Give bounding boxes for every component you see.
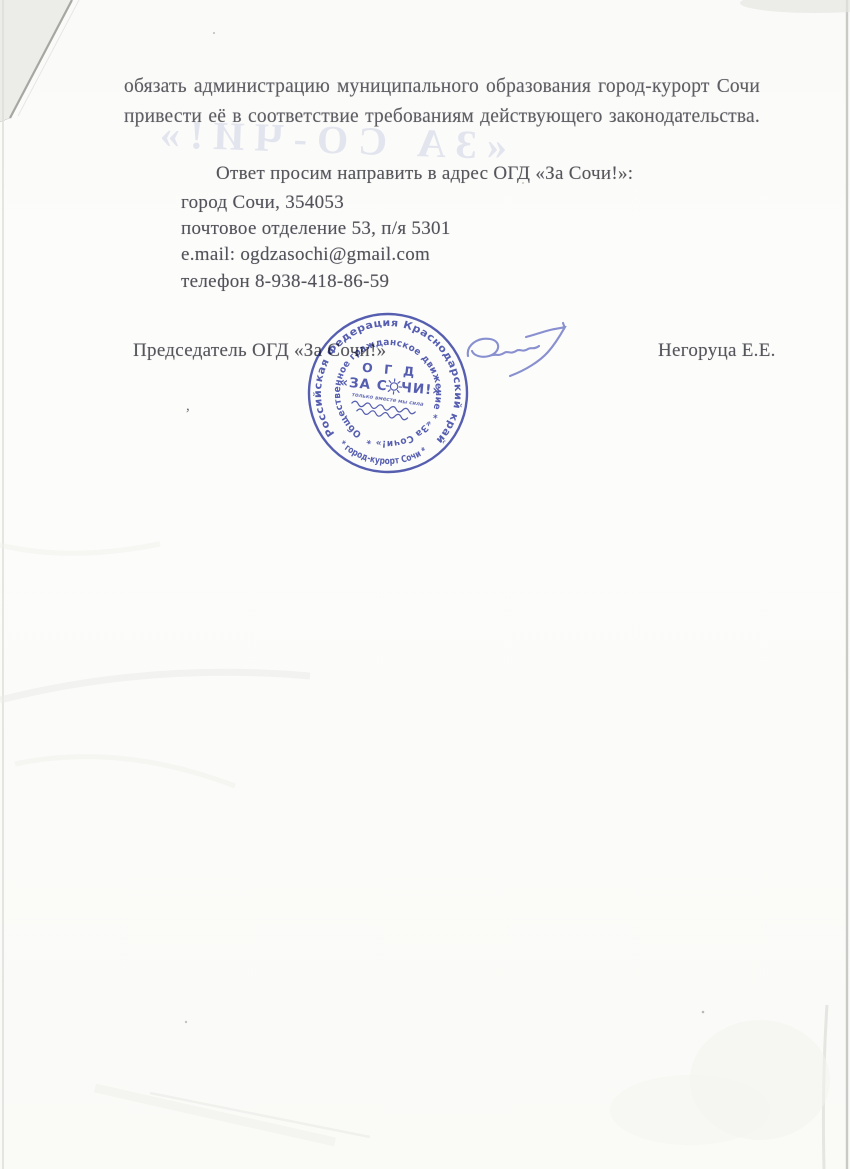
address-line-phone: телефон 8-938-418-86-59 [181, 269, 451, 295]
address-block: город Сочи, 354053 почтовое отделение 53… [181, 190, 451, 295]
address-line-email: e.mail: ogdzasochi@gmail.com [181, 242, 451, 268]
stamp-center-name-right: ЧИ!» [400, 380, 442, 400]
folded-corner [0, 0, 72, 122]
address-line-postbox: почтовое отделение 53, п/я 5301 [181, 216, 451, 242]
right-crease [823, 1005, 827, 1169]
scanned-letter-page: «ЗА СО-ЧИ!» обязать администрацию муници… [0, 0, 850, 1169]
stray-ink-mark: , [186, 398, 190, 415]
body-line-2: привести её в соответствие требованиям д… [124, 102, 760, 132]
reply-intro-line: Ответ просим направить в адрес ОГД «За С… [216, 163, 633, 185]
body-paragraph: обязать администрацию муниципального обр… [124, 72, 760, 132]
stamp-outer-border [303, 308, 473, 478]
organization-stamp: Российская Федерация Краснодарский край … [303, 308, 473, 478]
handwritten-signature [462, 320, 577, 382]
signer-name: Негоруца Е.Е. [658, 340, 776, 362]
fold-line [10, 0, 72, 118]
body-line-1: обязать администрацию муниципального обр… [124, 72, 760, 102]
stamp-center-name-left: «ЗА С [339, 374, 389, 394]
address-line-city: город Сочи, 354053 [181, 190, 451, 216]
